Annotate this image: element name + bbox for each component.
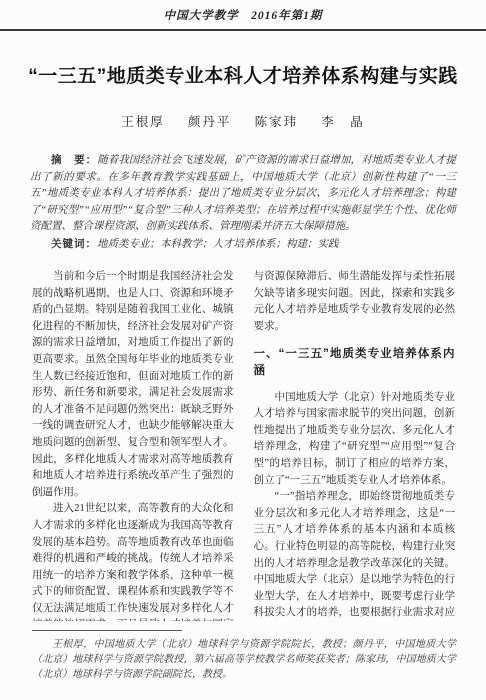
body-paragraph: 中国地质大学（北京）针对地质类专业人才培养与国家需求脱节的突出问题，创新性地提出… [254, 390, 456, 490]
left-column: 当前和今后一个时期是我国经济社会发展的战略机遇期，也是人口、资源和环境矛盾的凸显… [32, 269, 234, 621]
body-paragraph: 当前和今后一个时期是我国经济社会发展的战略机遇期，也是人口、资源和环境矛盾的凸显… [32, 269, 234, 501]
abstract-text: 随着我国经济社会飞速发展，矿产资源的需求日益增加，对地质类专业人才提出了新的要求… [30, 155, 456, 232]
author-name: 李 晶 [321, 115, 365, 129]
abstract-paragraph: 摘 要：随着我国经济社会飞速发展，矿产资源的需求日益增加，对地质类专业人才提出了… [30, 152, 456, 236]
footnote-text: 王根厚，中国地质大学（北京）地球科学与资源学院院长，教授；颜丹平，中国地质大学（… [32, 637, 456, 682]
journal-page: 中国大学教学 2016年第1期 “一三五”地质类专业本科人才培养体系构建与实践 … [0, 0, 486, 700]
author-name: 陈家玮 [255, 115, 299, 129]
article-title: “一三五”地质类专业本科人才培养体系构建与实践 [18, 61, 468, 88]
section-heading: 一、“一三五”地质类专业培养体系内涵 [254, 346, 456, 379]
authors-line: 王根厚 颜丹平 陈家玮 李 晶 [0, 112, 486, 130]
author-name: 颜丹平 [188, 115, 232, 129]
body-columns: 当前和今后一个时期是我国经济社会发展的战略机遇期，也是人口、资源和环境矛盾的凸显… [32, 269, 455, 621]
footnote-block: 王根厚，中国地质大学（北京）地球科学与资源学院院长，教授；颜丹平，中国地质大学（… [32, 630, 456, 682]
body-paragraph-continuation: 与资源保障滞后、师生潜能发挥与柔性拓展欠缺等诸多现实问题。因此，探索和实践多元化… [254, 269, 456, 335]
right-column: 与资源保障滞后、师生潜能发挥与柔性拓展欠缺等诸多现实问题。因此，探索和实践多元化… [254, 269, 456, 621]
footnote-divider [32, 630, 182, 631]
body-paragraph: “一”指培养理念，即始终贯彻地质类专业分层次和多元化人才培养理念，这是“一三五”… [254, 489, 456, 621]
keywords-label: 关键词： [51, 238, 97, 250]
body-paragraph: 进入21世纪以来，高等教育的大众化和人才需求的多样化也逐渐成为我国高等教育发展的… [32, 501, 234, 621]
journal-masthead: 中国大学教学 2016年第1期 [0, 0, 486, 23]
abstract-block: 摘 要：随着我国经济社会飞速发展，矿产资源的需求日益增加，对地质类专业人才提出了… [30, 152, 456, 253]
keywords-text: 地质类专业；本科教学；人才培养体系；构建；实践 [97, 239, 339, 250]
keywords-line: 关键词：地质类专业；本科教学；人才培养体系；构建；实践 [30, 236, 456, 254]
author-name: 王根厚 [121, 115, 165, 129]
masthead-rule [0, 29, 486, 31]
abstract-label: 摘 要： [51, 154, 97, 166]
